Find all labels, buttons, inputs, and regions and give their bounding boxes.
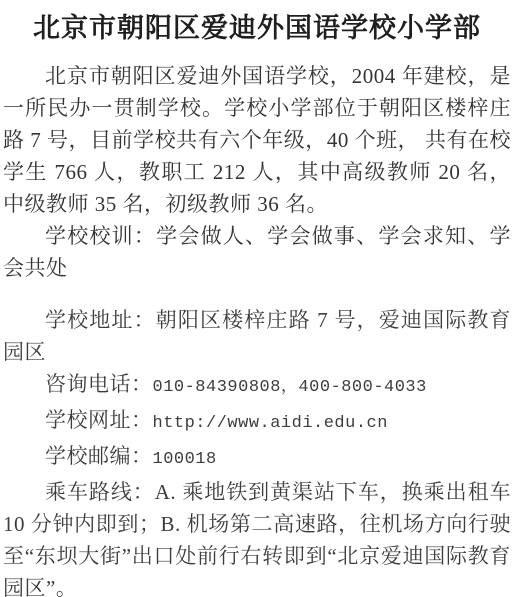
address-line: 学校地址：朝阳区楼梓庄路 7 号，爱迪国际教育园区 [3,304,511,368]
section-gap [3,284,511,304]
route-label: 乘车路线： [45,480,155,504]
phone-line: 咨询电话：010-84390808，400-800-4033 [3,368,511,404]
website-line: 学校网址：http://www.aidi.edu.cn [3,404,511,440]
page-title: 北京市朝阳区爱迪外国语学校小学部 [3,12,511,44]
website-label: 学校网址： [45,408,153,432]
website-value: http://www.aidi.edu.cn [153,414,388,433]
intro-paragraph: 北京市朝阳区爱迪外国语学校，2004 年建校，是一所民办一贯制学校。学校小学部位… [3,60,511,220]
postal-label: 学校邮编： [45,444,153,468]
postal-value: 100018 [153,450,217,469]
postal-line: 学校邮编：100018 [3,440,511,476]
document-page: 北京市朝阳区爱迪外国语学校小学部 北京市朝阳区爱迪外国语学校，2004 年建校，… [0,0,516,597]
phone-value: 010-84390808，400-800-4033 [153,378,427,397]
document-body: 北京市朝阳区爱迪外国语学校，2004 年建校，是一所民办一贯制学校。学校小学部位… [3,60,511,597]
phone-label: 咨询电话： [45,372,153,396]
route-paragraph: 乘车路线：A. 乘地铁到黄渠站下车，换乘出租车 10 分钟内即到；B. 机场第二… [3,476,511,597]
motto-paragraph: 学校校训：学会做人、学会做事、学会求知、学会共处 [3,220,511,284]
address-label: 学校地址： [45,308,156,332]
